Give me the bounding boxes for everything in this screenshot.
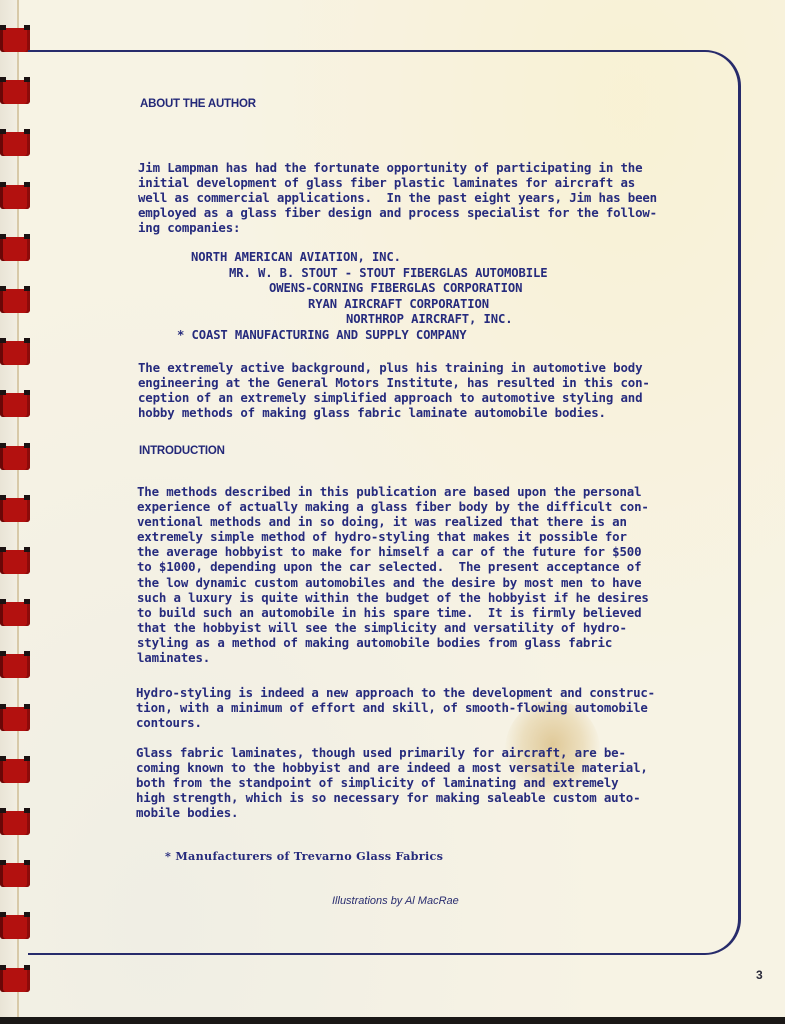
binding-coil xyxy=(0,132,30,156)
introduction-paragraph-3: Glass fabric laminates, though used prim… xyxy=(136,745,696,820)
company-item: OWENS-CORNING FIBERGLAS CORPORATION xyxy=(269,281,522,296)
binding-coil xyxy=(0,915,30,939)
binding-coil xyxy=(0,863,30,887)
page-bottom-edge xyxy=(0,1017,785,1024)
company-item: MR. W. B. STOUT - STOUT FIBERGLAS AUTOMO… xyxy=(229,266,547,281)
binding-coil xyxy=(0,185,30,209)
footnote: * Manufacturers of Trevarno Glass Fabric… xyxy=(165,849,443,863)
about-author-paragraph-1: Jim Lampman has had the fortunate opport… xyxy=(138,160,698,235)
binding-coil xyxy=(0,811,30,835)
binding-coil xyxy=(0,707,30,731)
binding-coil xyxy=(0,498,30,522)
about-author-paragraph-2: The extremely active background, plus hi… xyxy=(138,360,698,420)
introduction-heading: INTRODUCTION xyxy=(139,445,225,457)
illustration-credits: Illustrations by Al MacRae xyxy=(332,895,459,907)
company-item: RYAN AIRCRAFT CORPORATION xyxy=(308,297,489,312)
binding-coil xyxy=(0,28,30,52)
binding-coil xyxy=(0,602,30,626)
company-item: NORTHROP AIRCRAFT, INC. xyxy=(346,312,512,327)
binding-coil xyxy=(0,237,30,261)
binding-coil xyxy=(0,341,30,365)
binding-coil xyxy=(0,654,30,678)
binding-coil xyxy=(0,289,30,313)
binding-coil xyxy=(0,968,30,992)
about-author-heading: ABOUT THE AUTHOR xyxy=(140,98,256,110)
binding-coil xyxy=(0,550,30,574)
company-item: * COAST MANUFACTURING AND SUPPLY COMPANY xyxy=(177,328,467,343)
company-item: NORTH AMERICAN AVIATION, INC. xyxy=(191,250,401,265)
introduction-paragraph-1: The methods described in this publicatio… xyxy=(137,484,697,665)
page-number: 3 xyxy=(756,968,763,982)
binding-coil xyxy=(0,759,30,783)
introduction-paragraph-2: Hydro-styling is indeed a new approach t… xyxy=(136,685,696,730)
binding-coil xyxy=(0,393,30,417)
binding-coil xyxy=(0,446,30,470)
binding-coil xyxy=(0,80,30,104)
